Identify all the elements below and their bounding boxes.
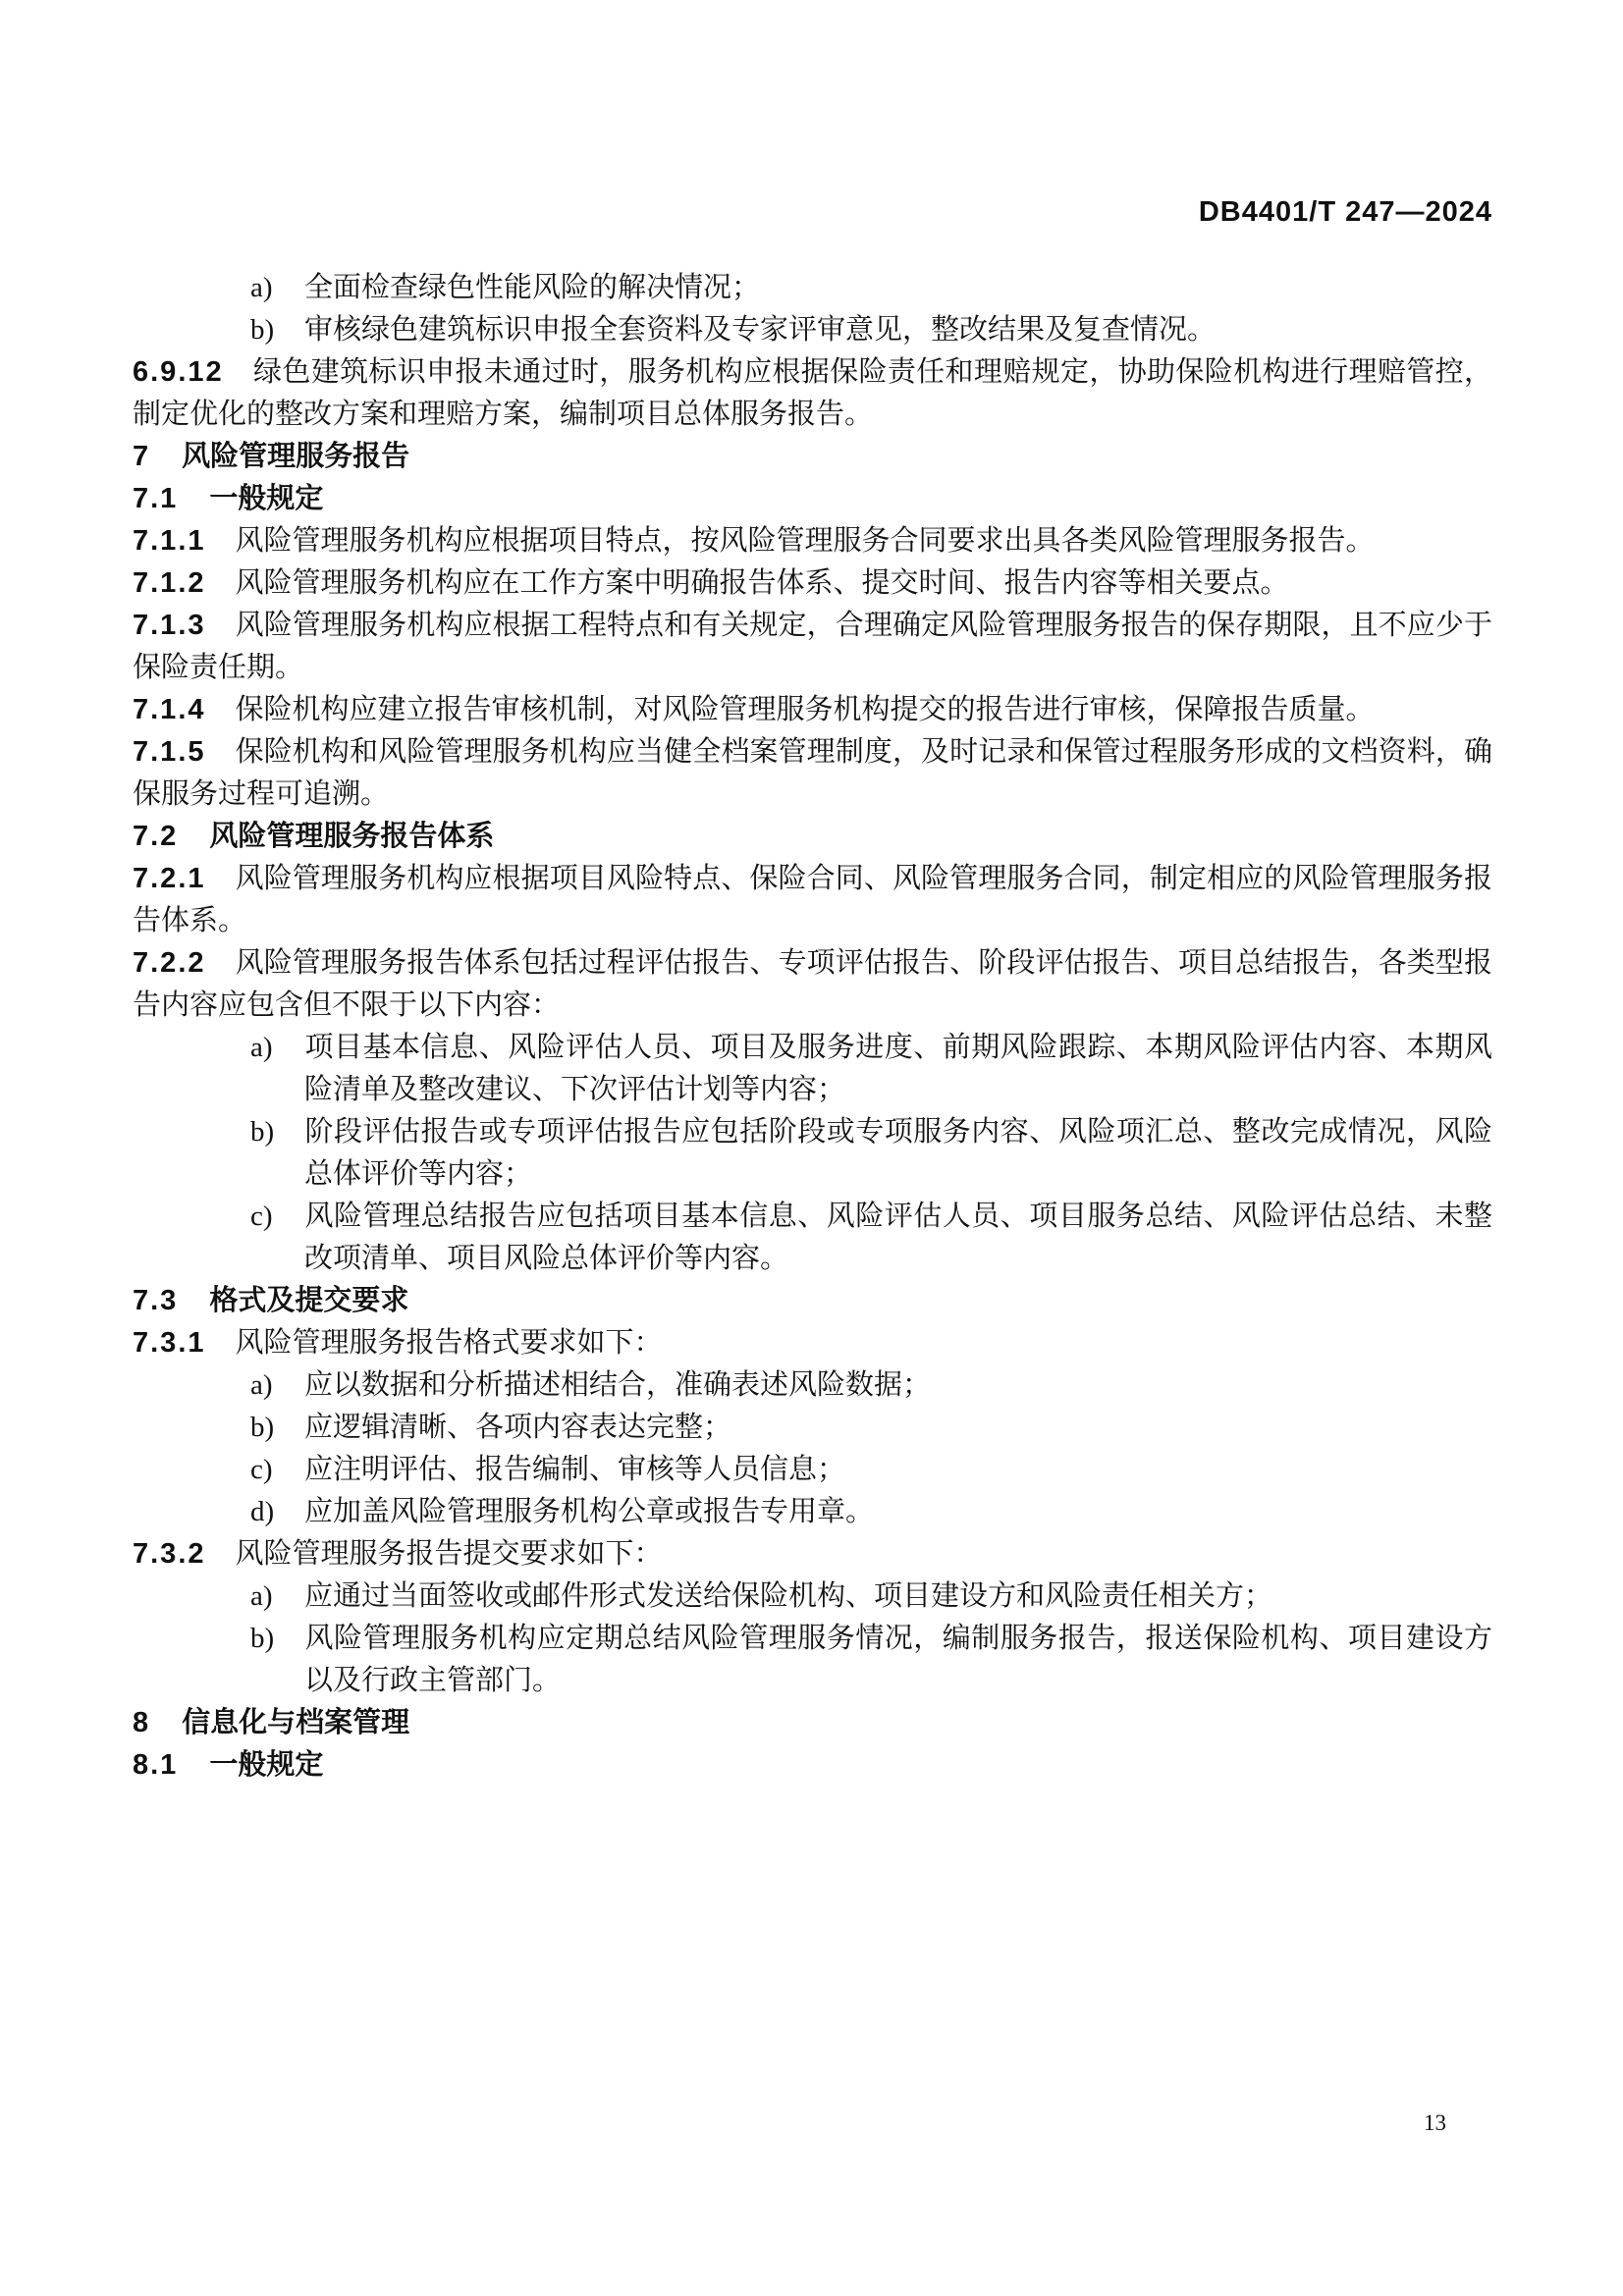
clause-paragraph: 7.1.2风险管理服务机构应在工作方案中明确报告体系、提交时间、报告内容等相关要… (133, 562, 1492, 605)
clause-paragraph: 7.2.1风险管理服务机构应根据项目风险特点、保险合同、风险管理服务合同，制定相… (133, 858, 1492, 942)
clause-paragraph: 6.9.12绿色建筑标识申报未通过时，服务机构应根据保险责任和理赔规定，协助保险… (133, 351, 1492, 436)
clause-number: 7.3.1 (133, 1327, 206, 1359)
list-item: c)风险管理总结报告应包括项目基本信息、风险评估人员、项目服务总结、风险评估总结… (133, 1196, 1492, 1280)
list-item-label: c) (250, 1449, 304, 1491)
page-number: 13 (1424, 2110, 1446, 2135)
clause-text: 风险管理服务机构应根据项目风险特点、保险合同、风险管理服务合同，制定相应的风险管… (133, 863, 1492, 936)
clause-paragraph: 7.1.1风险管理服务机构应根据项目特点，按风险管理服务合同要求出具各类风险管理… (133, 520, 1492, 562)
list-item-text: 应逻辑清晰、各项内容表达完整； (304, 1412, 731, 1443)
clause-text: 保险机构和风险管理服务机构应当健全档案管理制度，及时记录和保管过程服务形成的文档… (133, 736, 1492, 810)
list-item-text: 风险管理服务机构应定期总结风险管理服务情况，编制服务报告，报送保险机构、项目建设… (304, 1623, 1492, 1696)
document-page: DB4401/T 247—2024 a)全面检查绿色性能风险的解决情况；b)审核… (0, 0, 1623, 2296)
list-item-text: 审核绿色建筑标识申报全套资料及专家评审意见，整改结果及复查情况。 (304, 314, 1216, 346)
list-item: c)应注明评估、报告编制、审核等人员信息； (133, 1449, 1492, 1491)
clause-number: 7.1.5 (133, 736, 206, 768)
section-title: 风险管理服务报告 (182, 441, 409, 472)
list-item-label: a) (250, 267, 304, 309)
list-item: a)应以数据和分析描述相结合，准确表述风险数据； (133, 1364, 1492, 1407)
list-item-text: 应注明评估、报告编制、审核等人员信息； (304, 1454, 845, 1485)
clause-number: 7.1.2 (133, 567, 206, 599)
clause-paragraph: 7.1.4保险机构应建立报告审核机制，对风险管理服务机构提交的报告进行审核，保障… (133, 689, 1492, 731)
list-item-label: c) (250, 1196, 304, 1238)
clause-number: 7.1.4 (133, 694, 206, 725)
section-heading: 7.2风险管理服务报告体系 (133, 816, 1492, 858)
clause-paragraph: 7.1.3风险管理服务机构应根据工程特点和有关规定，合理确定风险管理服务报告的保… (133, 605, 1492, 689)
list-item-text: 应通过当面签收或邮件形式发送给保险机构、项目建设方和风险责任相关方； (304, 1580, 1272, 1612)
list-item-text: 项目基本信息、风险评估人员、项目及服务进度、前期风险跟踪、本期风险评估内容、本期… (304, 1032, 1492, 1105)
section-heading: 7风险管理服务报告 (133, 436, 1492, 478)
clause-text: 风险管理服务机构应根据项目特点，按风险管理服务合同要求出具各类风险管理服务报告。 (236, 525, 1375, 557)
list-item-label: b) (250, 1111, 304, 1153)
list-item: b)风险管理服务机构应定期总结风险管理服务情况，编制服务报告，报送保险机构、项目… (133, 1618, 1492, 1702)
section-number: 8 (133, 1707, 150, 1738)
clause-paragraph: 7.3.2风险管理服务报告提交要求如下： (133, 1533, 1492, 1575)
list-item: b)审核绿色建筑标识申报全套资料及专家评审意见，整改结果及复查情况。 (133, 309, 1492, 351)
section-title: 信息化与档案管理 (182, 1707, 409, 1738)
list-item-label: b) (250, 1407, 304, 1449)
clause-text: 风险管理服务报告提交要求如下： (236, 1538, 663, 1570)
list-item-label: a) (250, 1364, 304, 1407)
section-heading: 8信息化与档案管理 (133, 1702, 1492, 1744)
section-number: 8.1 (133, 1749, 178, 1781)
section-number: 7.3 (133, 1285, 178, 1316)
clause-text: 风险管理服务报告体系包括过程评估报告、专项评估报告、阶段评估报告、项目总结报告，… (133, 947, 1492, 1021)
list-item-label: a) (250, 1575, 304, 1618)
clause-number: 7.1.3 (133, 610, 206, 641)
page-footer: 13 (1424, 2110, 1446, 2136)
clause-number: 7.2.2 (133, 947, 206, 979)
clause-number: 7.3.2 (133, 1538, 206, 1570)
clause-text: 保险机构应建立报告审核机制，对风险管理服务机构提交的报告进行审核，保障报告质量。 (236, 694, 1375, 725)
section-heading: 8.1一般规定 (133, 1744, 1492, 1787)
list-item: b)应逻辑清晰、各项内容表达完整； (133, 1407, 1492, 1449)
clause-number: 7.2.1 (133, 863, 206, 894)
clause-text: 风险管理服务报告格式要求如下： (236, 1327, 663, 1359)
section-number: 7.2 (133, 821, 178, 852)
clause-paragraph: 7.3.1风险管理服务报告格式要求如下： (133, 1322, 1492, 1364)
section-heading: 7.3格式及提交要求 (133, 1280, 1492, 1322)
section-title: 格式及提交要求 (209, 1285, 408, 1316)
list-item-label: b) (250, 309, 304, 351)
list-item: a)项目基本信息、风险评估人员、项目及服务进度、前期风险跟踪、本期风险评估内容、… (133, 1027, 1492, 1111)
list-item: d)应加盖风险管理服务机构公章或报告专用章。 (133, 1491, 1492, 1533)
list-item-label: a) (250, 1027, 304, 1069)
section-title: 一般规定 (209, 1749, 323, 1781)
section-title: 一般规定 (209, 483, 323, 514)
clause-text: 风险管理服务机构应在工作方案中明确报告体系、提交时间、报告内容等相关要点。 (236, 567, 1289, 599)
clause-text: 风险管理服务机构应根据工程特点和有关规定，合理确定风险管理服务报告的保存期限，且… (133, 610, 1492, 683)
list-item: a)全面检查绿色性能风险的解决情况； (133, 267, 1492, 309)
list-item-text: 应以数据和分析描述相结合，准确表述风险数据； (304, 1369, 931, 1401)
standard-code: DB4401/T 247—2024 (1199, 196, 1492, 228)
list-item-label: d) (250, 1491, 304, 1533)
clause-number: 7.1.1 (133, 525, 206, 557)
list-item-text: 应加盖风险管理服务机构公章或报告专用章。 (304, 1496, 874, 1527)
section-title: 风险管理服务报告体系 (209, 821, 494, 852)
list-item-text: 全面检查绿色性能风险的解决情况； (304, 272, 760, 303)
list-item: b)阶段评估报告或专项评估报告应包括阶段或专项服务内容、风险项汇总、整改完成情况… (133, 1111, 1492, 1196)
clause-number: 6.9.12 (133, 356, 224, 388)
clause-text: 绿色建筑标识申报未通过时，服务机构应根据保险责任和理赔规定，协助保险机构进行理赔… (133, 356, 1492, 430)
list-item-label: b) (250, 1618, 304, 1660)
list-item: a)应通过当面签收或邮件形式发送给保险机构、项目建设方和风险责任相关方； (133, 1575, 1492, 1618)
document-body: a)全面检查绿色性能风险的解决情况；b)审核绿色建筑标识申报全套资料及专家评审意… (133, 267, 1492, 1787)
page-header: DB4401/T 247—2024 (1199, 196, 1492, 229)
section-number: 7.1 (133, 483, 178, 514)
section-number: 7 (133, 441, 150, 472)
clause-paragraph: 7.2.2风险管理服务报告体系包括过程评估报告、专项评估报告、阶段评估报告、项目… (133, 942, 1492, 1027)
clause-paragraph: 7.1.5保险机构和风险管理服务机构应当健全档案管理制度，及时记录和保管过程服务… (133, 731, 1492, 816)
list-item-text: 阶段评估报告或专项评估报告应包括阶段或专项服务内容、风险项汇总、整改完成情况，风… (304, 1116, 1492, 1190)
list-item-text: 风险管理总结报告应包括项目基本信息、风险评估人员、项目服务总结、风险评估总结、未… (304, 1201, 1492, 1274)
section-heading: 7.1一般规定 (133, 478, 1492, 520)
